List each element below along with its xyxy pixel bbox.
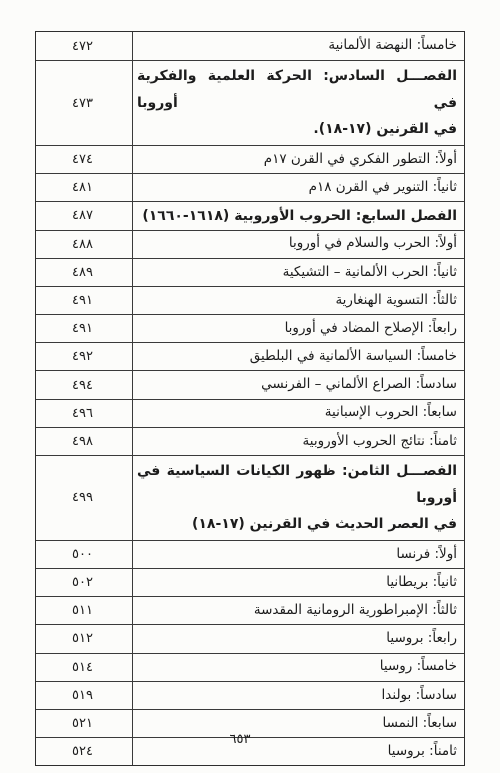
toc-page-number: ٥٠٠ — [36, 541, 133, 568]
toc-page-number: ٤٩٨ — [36, 428, 133, 455]
toc-entry-title: ثالثاً: الإمبراطورية الرومانية المقدسة — [133, 597, 464, 624]
toc-row: ثانياً: الحرب الألمانية – التشيكية ٤٨٩ — [36, 258, 464, 286]
toc-chapter-title: الفصـــل الثامن: ظهور الكيانات السياسية … — [133, 456, 464, 540]
toc-page-number: ٥٠٢ — [36, 569, 133, 596]
toc-page-number: ٤٩١ — [36, 287, 133, 314]
toc-row: ثالثاً: التسوية الهنغارية ٤٩١ — [36, 286, 464, 314]
toc-chapter-title-line1: الفصـــل السادس: الحركة العلمية والفكرية… — [137, 63, 457, 116]
toc-entry-title: ثانياً: التنوير في القرن ١٨م — [133, 174, 464, 201]
toc-page-number: ٤٩١ — [36, 315, 133, 342]
toc-entry-title: رابعاً: بروسيا — [133, 625, 464, 652]
toc-row: خامساً: السياسة الألمانية في البلطيق ٤٩٢ — [36, 342, 464, 370]
toc-page-number: ٤٨٧ — [36, 202, 133, 229]
toc-row: ثالثاً: الإمبراطورية الرومانية المقدسة ٥… — [36, 596, 464, 624]
page-number-footer: ٦٥٣ — [0, 732, 480, 747]
toc-row: سادساً: بولندا ٥١٩ — [36, 681, 464, 709]
toc-entry-title: خامساً: النهضة الألمانية — [133, 32, 464, 60]
toc-entry-title: خامساً: روسيا — [133, 654, 464, 681]
toc-page-number: ٤٩٦ — [36, 400, 133, 427]
toc-row-chapter: الفصل السابع: الحروب الأوروبية (١٦١٨-١٦٦… — [36, 201, 464, 229]
toc-row: ثانياً: التنوير في القرن ١٨م ٤٨١ — [36, 173, 464, 201]
toc-page-number: ٤٩٤ — [36, 371, 133, 398]
toc-row: ثامناً: نتائج الحروب الأوروبية ٤٩٨ — [36, 427, 464, 455]
toc-entry-title: ثامناً: نتائج الحروب الأوروبية — [133, 428, 464, 455]
toc-row: خامساً: النهضة الألمانية ٤٧٢ — [36, 32, 464, 60]
toc-row: سابعاً: الحروب الإسبانية ٤٩٦ — [36, 399, 464, 427]
toc-chapter-title-line2: في العصر الحديث في القرنين (١٧-١٨) — [137, 511, 457, 538]
toc-chapter-title: الفصـــل السادس: الحركة العلمية والفكرية… — [133, 61, 464, 145]
toc-entry-title: ثانياً: الحرب الألمانية – التشيكية — [133, 259, 464, 286]
toc-page-number: ٥١١ — [36, 597, 133, 624]
toc-page-number: ٤٨٨ — [36, 231, 133, 258]
toc-row-chapter: الفصـــل السادس: الحركة العلمية والفكرية… — [36, 60, 464, 145]
toc-row: ثانياً: بريطانيا ٥٠٢ — [36, 568, 464, 596]
toc-chapter-title-line2: في القرنين (١٧-١٨). — [137, 116, 457, 143]
toc-page-number: ٤٧٢ — [36, 32, 133, 60]
toc-chapter-title-line1: الفصـــل الثامن: ظهور الكيانات السياسية … — [137, 458, 457, 511]
toc-page-number: ٤٧٤ — [36, 146, 133, 173]
toc-row: رابعاً: بروسيا ٥١٢ — [36, 624, 464, 652]
toc-page-number: ٥١٩ — [36, 682, 133, 709]
toc-row: خامساً: روسيا ٥١٤ — [36, 653, 464, 681]
toc-row: سادساً: الصراع الألماني – الفرنسي ٤٩٤ — [36, 370, 464, 398]
toc-entry-title: ثالثاً: التسوية الهنغارية — [133, 287, 464, 314]
toc-entry-title: ثانياً: بريطانيا — [133, 569, 464, 596]
toc-row: رابعاً: الإصلاح المضاد في أوروبا ٤٩١ — [36, 314, 464, 342]
toc-page-number: ٤٩٩ — [36, 456, 133, 540]
toc-entry-title: أولاً: فرنسا — [133, 541, 464, 568]
toc-row: أولاً: التطور الفكري في القرن ١٧م ٤٧٤ — [36, 145, 464, 173]
toc-page-number: ٤٨١ — [36, 174, 133, 201]
scanned-toc-page: خامساً: النهضة الألمانية ٤٧٢ الفصـــل ال… — [0, 0, 500, 773]
toc-entry-title: سابعاً: الحروب الإسبانية — [133, 400, 464, 427]
toc-page-number: ٥١٤ — [36, 654, 133, 681]
toc-page-number: ٥١٢ — [36, 625, 133, 652]
toc-entry-title: سادساً: الصراع الألماني – الفرنسي — [133, 371, 464, 398]
toc-page-number: ٤٩٢ — [36, 343, 133, 370]
toc-row: أولاً: الحرب والسلام في أوروبا ٤٨٨ — [36, 230, 464, 258]
toc-page-number: ٤٨٩ — [36, 259, 133, 286]
toc-entry-title: أولاً: التطور الفكري في القرن ١٧م — [133, 146, 464, 173]
toc-chapter-title: الفصل السابع: الحروب الأوروبية (١٦١٨-١٦٦… — [133, 202, 464, 229]
toc-entry-title: سادساً: بولندا — [133, 682, 464, 709]
toc-table: خامساً: النهضة الألمانية ٤٧٢ الفصـــل ال… — [35, 31, 465, 766]
toc-page-number: ٤٧٣ — [36, 61, 133, 145]
toc-entry-title: رابعاً: الإصلاح المضاد في أوروبا — [133, 315, 464, 342]
toc-row-chapter: الفصـــل الثامن: ظهور الكيانات السياسية … — [36, 455, 464, 540]
toc-entry-title: خامساً: السياسة الألمانية في البلطيق — [133, 343, 464, 370]
toc-entry-title: أولاً: الحرب والسلام في أوروبا — [133, 231, 464, 258]
toc-row: أولاً: فرنسا ٥٠٠ — [36, 540, 464, 568]
